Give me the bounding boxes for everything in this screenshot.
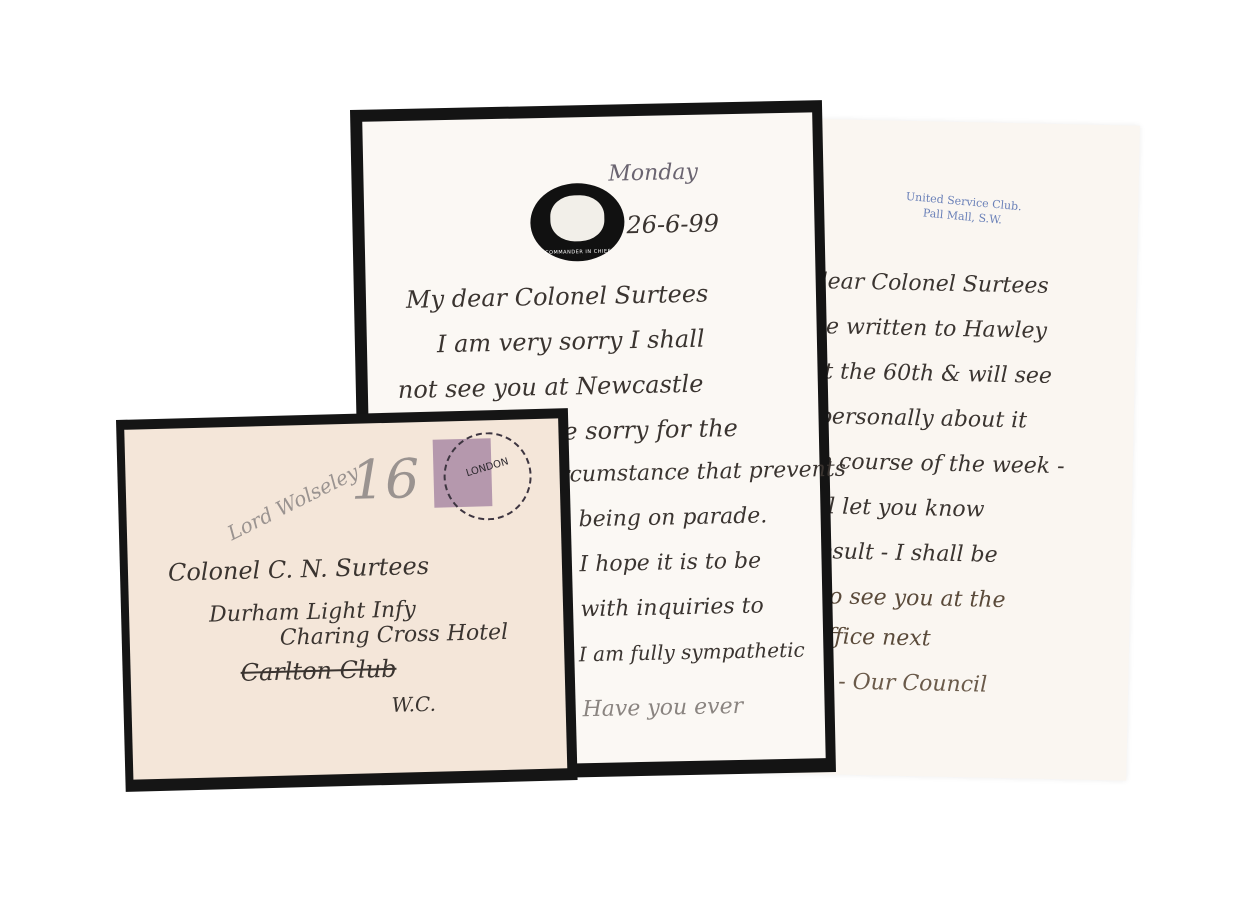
handwriting-line: ... Have you ever	[554, 694, 743, 723]
handwriting-line: circumstance that prevents	[539, 457, 846, 488]
letterhead: United Service Club. Pall Mall, S.W.	[862, 185, 1064, 233]
letter-day: Monday	[608, 160, 698, 187]
address-line: Charing Cross Hotel	[279, 620, 508, 651]
handwriting-line: ... with inquiries to	[552, 593, 764, 622]
pencil-number: 16	[350, 447, 420, 512]
royal-crest-icon: COMMANDER IN CHIEF	[530, 182, 626, 262]
handwriting-line: ... I am fully sympathetic	[553, 638, 805, 667]
postmark-icon: LONDON	[442, 431, 532, 521]
handwriting-line: ... I hope it is to be	[551, 548, 761, 577]
address-line: Colonel C. N. Surtees	[168, 552, 430, 587]
address-line: W.C.	[391, 692, 436, 717]
pencil-note: Lord Wolseley	[223, 460, 362, 545]
letter-date: 26-6-99	[626, 209, 719, 239]
handwriting-line: My dear Colonel Surtees	[406, 280, 709, 314]
handwriting-line: - Our Council	[838, 670, 987, 698]
postmark-text: LONDON	[446, 451, 530, 485]
crest-label: COMMANDER IN CHIEF	[533, 248, 623, 256]
handwriting-line: ... being on parade.	[550, 503, 767, 533]
address-line-struck: Carlton Club	[240, 655, 397, 687]
handwriting-line: not see you at Newcastle	[398, 370, 704, 404]
handwriting-line: I am very sorry I shall	[437, 325, 705, 359]
envelope: Lord Wolseley 16 LONDON Colonel C. N. Su…	[116, 408, 578, 792]
